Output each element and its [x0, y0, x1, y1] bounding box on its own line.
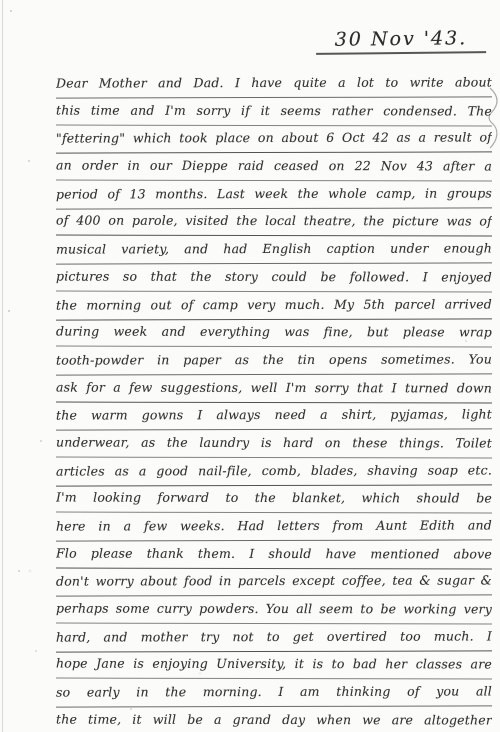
handwritten-line: so early in the morning. I am thinking o… [56, 679, 492, 708]
handwritten-line: hope Jane is enjoying University, it is … [56, 651, 492, 680]
letter-body: Dear Mother and Dad. I have quite a lot … [56, 70, 492, 732]
handwritten-line: tooth-powder in paper as the tin opens s… [56, 346, 492, 375]
handwritten-line: here in a few weeks. Had letters from Au… [56, 512, 492, 541]
handwritten-line: Dear Mother and Dad. I have quite a lot … [56, 69, 492, 98]
handwritten-line: this time and I'm sorry if it seems rath… [56, 97, 492, 126]
handwritten-line: period of 13 months. Last week the whole… [56, 180, 492, 209]
handwritten-line: the morning out of camp very much. My 5t… [56, 291, 492, 320]
handwritten-line: an order in our Dieppe raid ceased on 22… [56, 153, 492, 182]
handwritten-line: the warm gowns I always need a shirt, py… [56, 402, 492, 431]
handwritten-line: pictures so that the story could be foll… [56, 263, 492, 292]
scan-edge-line [2, 0, 3, 732]
handwritten-line: the time, it will be a grand day when we… [56, 706, 492, 732]
handwritten-line: hard, and mother try not to get overtire… [56, 623, 492, 652]
letter-page: 30 Nov '43. Dear Mother and Dad. I have … [0, 0, 500, 732]
handwritten-line: of 400 on parole, visited the local thea… [56, 208, 492, 237]
handwritten-line: underwear, as the laundry is hard on the… [56, 429, 492, 458]
handwritten-line: don't worry about food in parcels except… [56, 568, 492, 597]
handwritten-line: during week and everything was fine, but… [56, 319, 492, 348]
scan-noise-speckles [10, 10, 12, 12]
letter-date: 30 Nov '43. [316, 27, 486, 55]
handwritten-line: perhaps some curry powders. You all seem… [56, 596, 492, 625]
handwritten-line: articles as a good nail-file, comb, blad… [56, 457, 492, 486]
handwritten-line: "fettering" which took place on about 6 … [56, 125, 492, 154]
handwritten-line: ask for a few suggestions, well I'm sorr… [56, 374, 492, 403]
handwritten-line: musical variety, and had English caption… [56, 236, 492, 265]
handwritten-line: Flo please thank them. I should have men… [56, 540, 492, 569]
handwritten-line: I'm looking forward to the blanket, whic… [56, 485, 492, 514]
